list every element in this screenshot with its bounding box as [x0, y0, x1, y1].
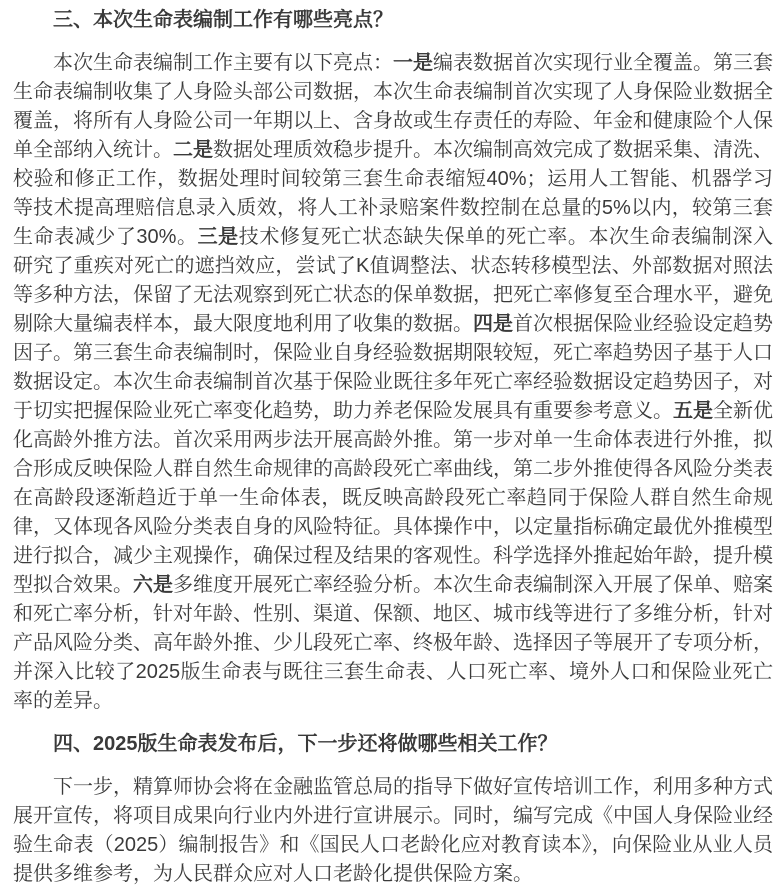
text-run: 全新优化高龄外推方法。首次采用两步法开展高龄外推。第一步对单一生命体表进行外推，…: [13, 400, 773, 596]
bold-text-run: 一是: [393, 52, 433, 74]
text-run: 下一步，精算师协会将在金融监管总局的指导下做好宣传培训工作，利用多种方式展开宣传…: [13, 776, 773, 885]
section-heading: 三、本次生命表编制工作有哪些亮点？: [13, 6, 773, 35]
bold-text-run: 三是: [198, 226, 239, 248]
article-body: 三、本次生命表编制工作有哪些亮点？本次生命表编制工作主要有以下亮点：一是编表数据…: [0, 0, 783, 889]
bold-text-run: 二是: [173, 139, 213, 161]
paragraph: 本次生命表编制工作主要有以下亮点：一是编表数据首次实现行业全覆盖。第三套生命表编…: [13, 49, 773, 716]
bold-text-run: 五是: [673, 400, 713, 422]
paragraph: 下一步，精算师协会将在金融监管总局的指导下做好宣传培训工作，利用多种方式展开宣传…: [13, 773, 773, 889]
bold-text-run: 六是: [133, 574, 173, 596]
text-run: 本次生命表编制工作主要有以下亮点：: [53, 52, 393, 74]
section-heading: 四、2025版生命表发布后，下一步还将做哪些相关工作？: [13, 730, 773, 759]
bold-text-run: 四是: [473, 313, 513, 335]
